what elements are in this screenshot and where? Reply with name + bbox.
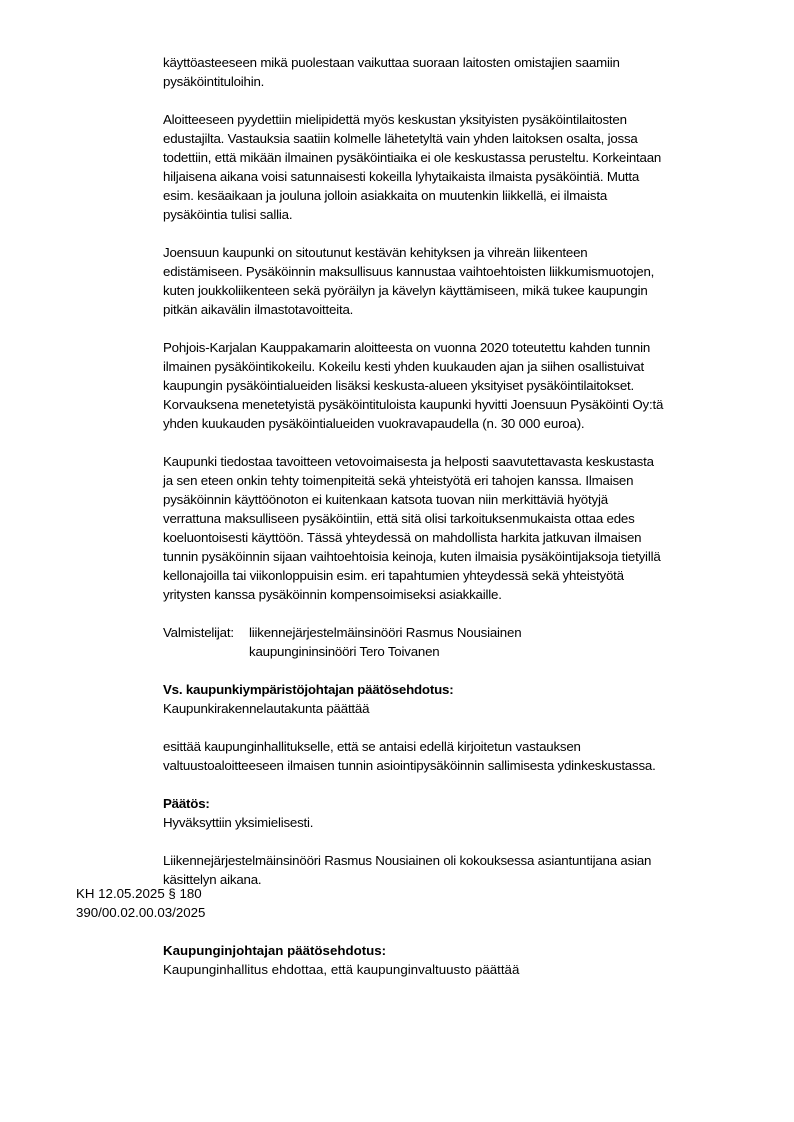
text-line: kaupungin pysäköintialueiden lisäksi kes…: [163, 376, 743, 395]
text-line: käyttöasteeseen mikä puolestaan vaikutta…: [163, 53, 743, 72]
text-line: pitkän aikavälin ilmastotavoitteita.: [163, 300, 743, 319]
text-line: yhden kuukauden pysäköintialueiden vuokr…: [163, 414, 743, 433]
text-line: Joensuun kaupunki on sitoutunut kestävän…: [163, 243, 743, 262]
proposal-text: esittää kaupunginhallitukselle, että se …: [163, 737, 743, 775]
text-line: edustajilta. Vastauksia saatiin kolmelle…: [163, 129, 743, 148]
text-line: käsittelyn aikana.: [163, 870, 743, 889]
text-line: pysäköintituloihin.: [163, 72, 743, 91]
record-id: 390/00.02.00.03/2025: [76, 903, 205, 922]
text-line: edistämiseen. Pysäköinnin maksullisuus k…: [163, 262, 743, 281]
mayor-proposal-heading: Kaupunginjohtajan päätösehdotus:: [163, 941, 743, 960]
text-line: koeluontoisesti käyttöön. Tässä yhteydes…: [163, 528, 743, 547]
preparer-name: kaupungininsinööri Tero Toivanen: [249, 644, 440, 659]
text-line: Pohjois-Karjalan Kauppakamarin aloittees…: [163, 338, 743, 357]
text-line: esim. kesäaikaan ja jouluna jolloin asia…: [163, 186, 743, 205]
text-line: kellonajoilla tai viikonloppuisin esim. …: [163, 566, 743, 585]
meeting-reference-line: KH 12.05.2025 § 180: [76, 884, 205, 903]
preparers-label: Valmistelijat:: [163, 623, 249, 642]
mayor-proposal-block: Kaupunginjohtajan päätösehdotus: Kaupung…: [163, 941, 743, 979]
proposal-block: Vs. kaupunkiympäristöjohtajan päätösehdo…: [163, 680, 743, 718]
paragraph-occupancy: käyttöasteeseen mikä puolestaan vaikutta…: [163, 53, 743, 91]
text-line: verrattuna maksulliseen pysäköintiin, et…: [163, 509, 743, 528]
text-line: ja sen eteen onkin tehty toimenpiteitä s…: [163, 471, 743, 490]
paragraph-2020-trial: Pohjois-Karjalan Kauppakamarin aloittees…: [163, 338, 743, 433]
text-line: Korvauksena menetetyistä pysäköintituloi…: [163, 395, 743, 414]
preparer-row: kaupungininsinööri Tero Toivanen: [163, 642, 743, 661]
decision-text: Hyväksyttiin yksimielisesti.: [163, 813, 743, 832]
text-line: todettiin, että mikään ilmainen pysäköin…: [163, 148, 743, 167]
document-page: käyttöasteeseen mikä puolestaan vaikutta…: [0, 0, 794, 1122]
paragraph-city-position: Kaupunki tiedostaa tavoitteen vetovoimai…: [163, 452, 743, 604]
decision-note: Liikennejärjestelmäinsinööri Rasmus Nous…: [163, 851, 743, 889]
proposal-heading: Vs. kaupunkiympäristöjohtajan päätösehdo…: [163, 680, 743, 699]
text-line: tunnin pysäköinnin sijaan vaihtoehtoisia…: [163, 547, 743, 566]
text-line: Liikennejärjestelmäinsinööri Rasmus Nous…: [163, 851, 743, 870]
mayor-proposal-text: Kaupunginhallitus ehdottaa, että kaupung…: [163, 960, 743, 979]
text-line: kuten joukkoliikenteen sekä pyöräilyn ja…: [163, 281, 743, 300]
text-line: Kaupunki tiedostaa tavoitteen vetovoimai…: [163, 452, 743, 471]
text-line: valtuustoaloitteeseen ilmaisen tunnin as…: [163, 756, 743, 775]
text-line: pysäköinnin käyttöönoton ei kuitenkaan k…: [163, 490, 743, 509]
text-line: pysäköintia tulisi sallia.: [163, 205, 743, 224]
text-line: yritysten kanssa pysäköinnin kompensoimi…: [163, 585, 743, 604]
decision-heading: Päätös:: [163, 794, 743, 813]
text-line: ilmainen pysäköintikokeilu. Kokeilu kest…: [163, 357, 743, 376]
text-line: Aloitteeseen pyydettiin mielipidettä myö…: [163, 110, 743, 129]
proposal-intro: Kaupunkirakennelautakunta päättää: [163, 699, 743, 718]
preparer-row: Valmistelijat:liikennejärjestelmäinsinöö…: [163, 623, 743, 642]
text-line: hiljaisena aikana voisi satunnaisesti ko…: [163, 167, 743, 186]
paragraph-private-operators: Aloitteeseen pyydettiin mielipidettä myö…: [163, 110, 743, 224]
document-body: käyttöasteeseen mikä puolestaan vaikutta…: [163, 53, 743, 908]
decision-block: Päätös: Hyväksyttiin yksimielisesti.: [163, 794, 743, 832]
preparers-block: Valmistelijat:liikennejärjestelmäinsinöö…: [163, 623, 743, 661]
text-line: esittää kaupunginhallitukselle, että se …: [163, 737, 743, 756]
preparer-name: liikennejärjestelmäinsinööri Rasmus Nous…: [249, 625, 521, 640]
meeting-reference: KH 12.05.2025 § 180 390/00.02.00.03/2025: [76, 884, 205, 922]
paragraph-sustainability: Joensuun kaupunki on sitoutunut kestävän…: [163, 243, 743, 319]
